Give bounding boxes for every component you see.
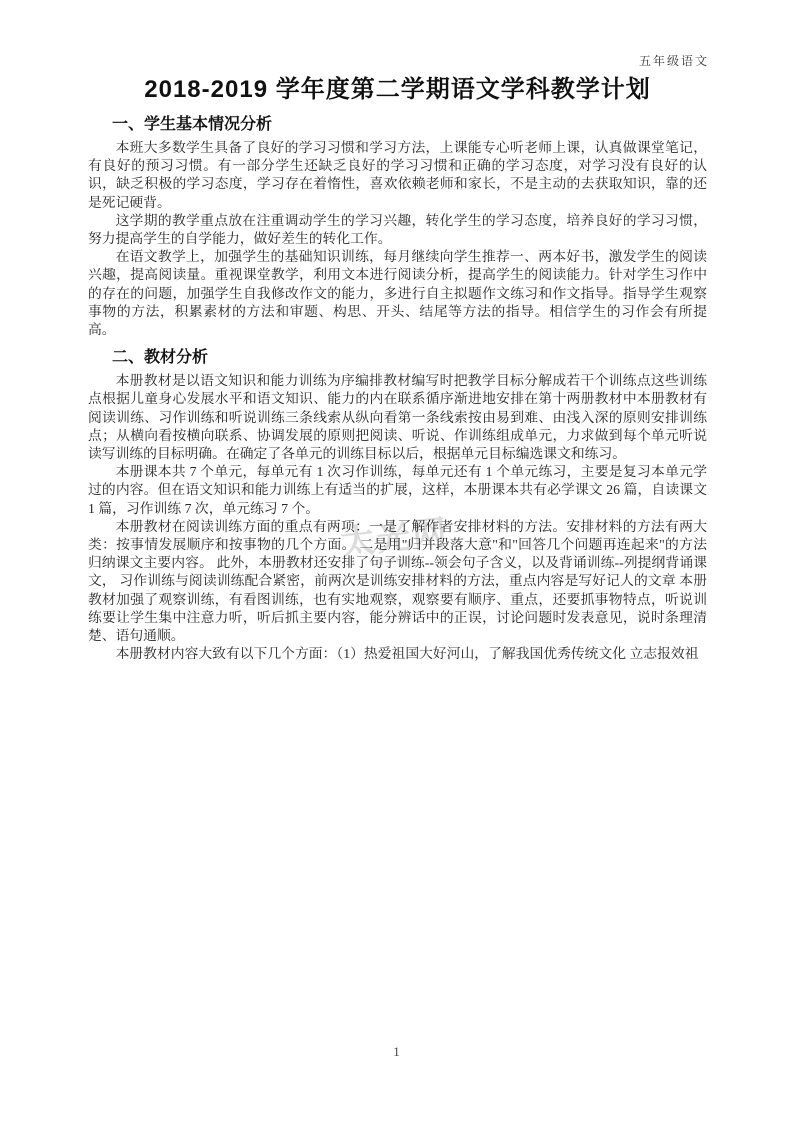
paragraph-reading-training-focus: 本册教材在阅读训练方面的重点有两项：一是了解作者安排材料的方法。安排材料的方法有… — [88, 518, 707, 645]
paragraph-teaching-focus: 这学期的教学重点放在注重调动学生的学习兴趣，转化学生的学习态度，培养良好的学习习… — [88, 212, 707, 248]
paragraph-textbook-structure: 本册教材是以语文知识和能力训练为序编排教材编写时把教学目标分解成若干个训练点这些… — [88, 372, 707, 463]
section-heading-student-analysis: 一、学生基本情况分析 — [112, 115, 707, 135]
paragraph-student-habits: 本班大多数学生具备了良好的学习习惯和学习方法，上课能专心听老师上课，认真做课堂笔… — [88, 139, 707, 212]
section-heading-textbook-analysis: 二、教材分析 — [112, 348, 707, 368]
page-number: 1 — [0, 1044, 793, 1060]
paragraph-chinese-teaching: 在语文教学上，加强学生的基础知识训练，每月继续向学生推荐一、两本好书，激发学生的… — [88, 248, 707, 339]
document-body: 2018-2019 学年度第二学期语文学科教学计划 一、学生基本情况分析 本班大… — [88, 0, 707, 663]
paragraph-content-overview: 本册教材内容大致有以下几个方面：（1）热爱祖国大好河山，了解我国优秀传统文化 立… — [88, 645, 707, 663]
document-page: 五年级语文 太光网 guangw 2018-2019 学年度第二学期语文学科教学… — [0, 0, 793, 1122]
paragraph-unit-counts: 本册课本共 7 个单元，每单元有 1 次习作训练，每单元还有 1 个单元练习，主… — [88, 463, 707, 518]
document-title: 2018-2019 学年度第二学期语文学科教学计划 — [88, 75, 707, 105]
